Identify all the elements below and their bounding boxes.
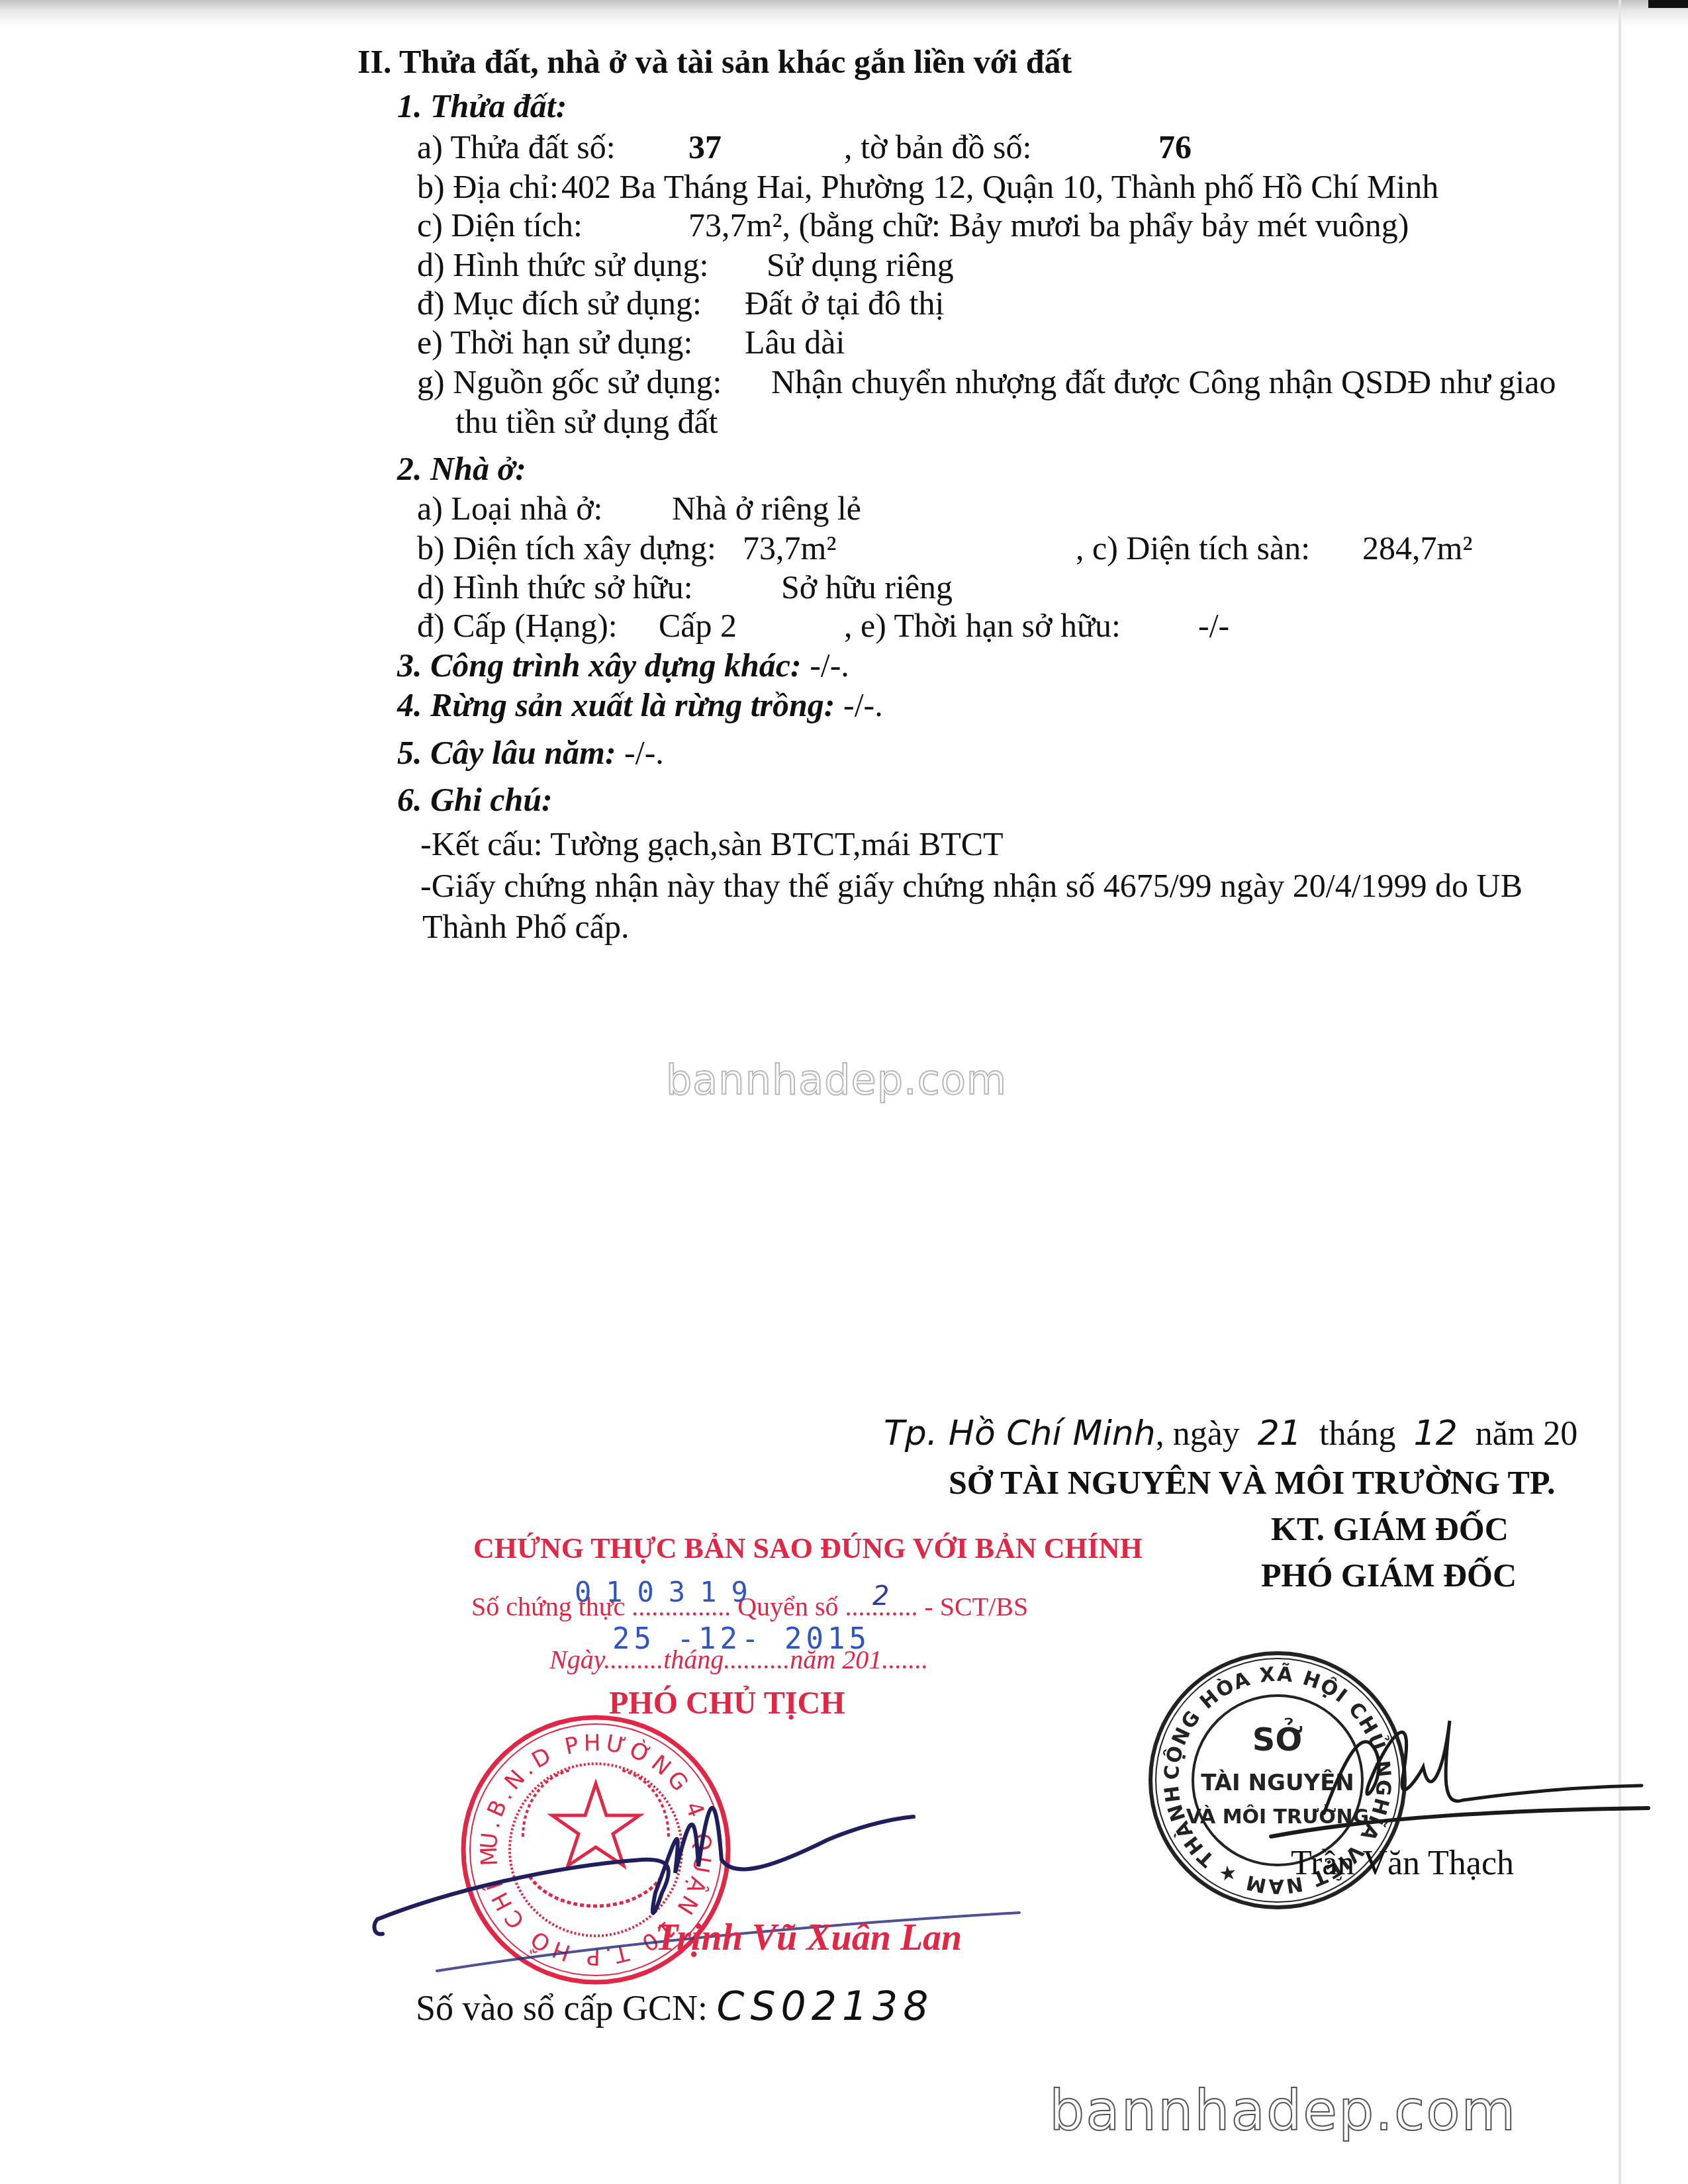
issue-month: 12 bbox=[1414, 1414, 1458, 1453]
house-grade-label: đ) Cấp (Hạng): bbox=[417, 609, 618, 642]
house-built-area-value: 73,7m² bbox=[743, 531, 836, 565]
perennial-value: -/-. bbox=[624, 734, 664, 771]
land-purpose-label: đ) Mục đích sử dụng: bbox=[417, 287, 702, 320]
house-ownership-value: Sở hữu riêng bbox=[781, 570, 953, 604]
page-edge bbox=[1618, 0, 1621, 2184]
director-signature bbox=[1244, 1681, 1655, 1853]
forest: 4. Rừng sản xuất là rừng trồng: -/-. bbox=[397, 688, 883, 721]
land-map-number: 76 bbox=[1158, 130, 1192, 163]
registry-label: Số vào sổ cấp GCN: bbox=[416, 1988, 708, 2028]
certification-book-number: 2 bbox=[872, 1583, 889, 1610]
land-usage-form-value: Sử dụng riêng bbox=[767, 248, 954, 281]
land-term-value: Lâu dài bbox=[745, 326, 845, 359]
other-construction-label: 3. Công trình xây dựng khác: bbox=[397, 647, 802, 684]
forest-label: 4. Rừng sản xuất là rừng trồng: bbox=[397, 686, 835, 723]
certification-title: CHỨNG THỰC BẢN SAO ĐÚNG VỚI BẢN CHÍNH bbox=[473, 1534, 1143, 1563]
notes-replacement-cont: Thành Phố cấp. bbox=[422, 910, 629, 943]
perennial-label: 5. Cây lâu năm: bbox=[397, 734, 616, 771]
certification-book-suffix: - SCT/BS bbox=[924, 1592, 1028, 1621]
other-construction: 3. Công trình xây dựng khác: -/-. bbox=[397, 649, 849, 682]
house-grade-value: Cấp 2 bbox=[659, 609, 737, 642]
notes-heading: 6. Ghi chú: bbox=[397, 783, 553, 816]
land-parcel-number: 37 bbox=[688, 130, 722, 163]
notes-replacement: -Giấy chứng nhận này thay thế giấy chứng… bbox=[420, 869, 1523, 902]
perennial: 5. Cây lâu năm: -/-. bbox=[397, 736, 664, 769]
issue-day-label: , ngày bbox=[1156, 1415, 1240, 1453]
issue-month-label: tháng bbox=[1319, 1415, 1396, 1453]
registry-row: Số vào sổ cấp GCN: CS02138 bbox=[416, 1987, 933, 2026]
land-origin-value: Nhận chuyển nhượng đất được Công nhận QS… bbox=[771, 365, 1556, 398]
certification-date-line: Ngày.........tháng..........năm 201.....… bbox=[549, 1647, 928, 1673]
section-title: II. Thửa đất, nhà ở và tài sản khác gắn … bbox=[357, 45, 1072, 78]
certification-number: 010319 bbox=[575, 1578, 763, 1606]
land-term-label: e) Thời hạn sử dụng: bbox=[417, 326, 692, 359]
land-heading: 1. Thửa đất: bbox=[397, 89, 567, 122]
land-origin-value-cont: thu tiền sử dụng đất bbox=[455, 405, 718, 438]
house-floor-area-label: , c) Diện tích sàn: bbox=[1076, 531, 1310, 565]
watermark-bottom: bannhadep.com bbox=[1049, 2078, 1517, 2143]
issue-year-label: năm 20 bbox=[1476, 1415, 1578, 1453]
land-usage-form-label: d) Hình thức sử dụng: bbox=[417, 248, 708, 281]
director-name: Trần Văn Thạch bbox=[1291, 1846, 1514, 1881]
signer-title-2: PHÓ GIÁM ĐỐC bbox=[1261, 1559, 1517, 1592]
issue-date-line: Tp. Hồ Chí Minh, ngày 21 tháng 12 năm 20 bbox=[884, 1416, 1577, 1451]
land-origin-label: g) Nguồn gốc sử dụng: bbox=[417, 365, 722, 398]
registry-number: CS02138 bbox=[716, 1983, 933, 2030]
notes-structure: -Kết cấu: Tường gạch,sàn BTCT,mái BTCT bbox=[420, 827, 1004, 860]
scan-shadow bbox=[0, 0, 1688, 26]
house-term-label: , e) Thời hạn sở hữu: bbox=[844, 609, 1121, 642]
land-area-value: 73,7m², (bằng chữ: Bảy mươi ba phẩy bảy … bbox=[688, 208, 1409, 242]
issue-day: 21 bbox=[1258, 1414, 1301, 1453]
issuing-agency: SỞ TÀI NGUYÊN VÀ MÔI TRƯỜNG TP. bbox=[949, 1466, 1555, 1499]
watermark: bannhadep.com bbox=[666, 1056, 1007, 1104]
forest-value: -/-. bbox=[843, 686, 883, 723]
land-area-label: c) Diện tích: bbox=[417, 208, 583, 242]
signer-title-1: KT. GIÁM ĐỐC bbox=[1271, 1512, 1509, 1545]
house-ownership-label: d) Hình thức sở hữu: bbox=[417, 570, 693, 604]
land-purpose-value: Đất ở tại đô thị bbox=[745, 287, 944, 320]
house-built-area-label: b) Diện tích xây dựng: bbox=[417, 531, 716, 565]
land-parcel-label: a) Thửa đất số: bbox=[417, 130, 616, 163]
house-floor-area-value: 284,7m² bbox=[1362, 531, 1472, 565]
land-map-label: , tờ bản đồ số: bbox=[844, 130, 1031, 163]
land-address-label: b) Địa chỉ: bbox=[417, 170, 559, 203]
issue-place: Tp. Hồ Chí Minh bbox=[884, 1414, 1156, 1453]
land-address-value: 402 Ba Tháng Hai, Phường 12, Quận 10, Th… bbox=[561, 170, 1438, 203]
house-type-value: Nhà ở riêng lẻ bbox=[672, 492, 861, 525]
vice-chairman-name: Trịnh Vũ Xuân Lan bbox=[655, 1919, 962, 1956]
house-term-value: -/- bbox=[1198, 609, 1229, 642]
other-construction-value: -/-. bbox=[810, 647, 849, 684]
scan-corner bbox=[1648, 0, 1688, 8]
house-heading: 2. Nhà ở: bbox=[397, 452, 526, 485]
house-type-label: a) Loại nhà ở: bbox=[417, 492, 603, 525]
